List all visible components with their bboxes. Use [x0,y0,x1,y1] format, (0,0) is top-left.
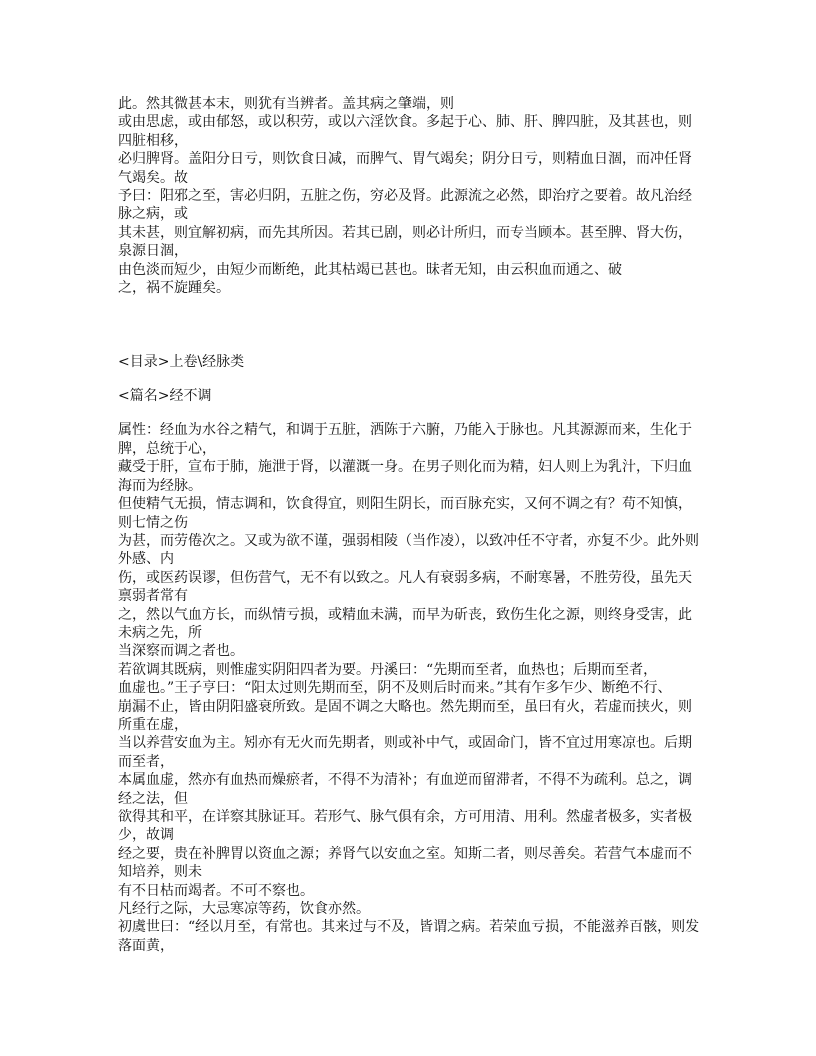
text-line: 落面黄， [118,937,702,955]
document-page: 此。然其微甚本末，则犹有当辨者。盖其病之肇端，则 或由思虑，或由郁怒，或以积劳，… [118,95,702,955]
text-line: 脉之病，或 [118,205,702,223]
text-line: 外感、内 [118,550,702,568]
text-line: 当深察而调之者也。 [118,642,702,660]
text-line: 经之要，贵在补脾胃以资血之源；养肾气以安血之室。知斯二者，则尽善矣。若营气本虚而… [118,845,702,863]
paragraph-origin-of-disease: 此。然其微甚本末，则犹有当辨者。盖其病之肇端，则 或由思虑，或由郁怒，或以积劳，… [118,95,702,297]
text-line: 由色淡而短少，由短少而断绝，此其枯竭已甚也。昧者无知，由云积血而通之、破 [118,261,702,279]
spacer [118,405,702,421]
text-line: 海而为经脉。 [118,477,702,495]
text-line: 予曰：阳邪之至，害必归阴，五脏之伤，穷必及肾。此源流之必然，即治疗之要着。故凡治… [118,187,702,205]
text-line: 知培养，则未 [118,863,702,881]
text-line: 脾，总统于心， [118,440,702,458]
text-line: 属性：经血为水谷之精气，和调于五脏，洒陈于六腑，乃能入于脉也。凡其源源而来，生化… [118,421,702,439]
text-line: 凡经行之际，大忌寒凉等药，饮食亦然。 [118,900,702,918]
text-line: 其未甚，则宜解初病，而先其所因。若其已剧，则必计所归，而专当顾本。甚至脾、肾大伤… [118,224,702,242]
paragraph-chapter-body: 属性：经血为水谷之精气，和调于五脏，洒陈于六腑，乃能入于脉也。凡其源源而来，生化… [118,421,702,955]
text-line: 伤，或医药误谬，但伤营气，无不有以致之。凡人有衰弱多病，不耐寒暑，不胜劳役，虽先… [118,569,702,587]
text-line: 血虚也。”王子亨曰：“阳太过则先期而至，阴不及则后时而来。”其有乍多乍少、断绝不… [118,679,702,697]
catalog-heading: <目录>上卷\经脉类 [118,353,702,371]
text-line: 初虞世曰：“经以月至，有常也。其来过与不及，皆谓之病。若荣血亏损，不能滋养百骸，… [118,918,702,936]
spacer [118,297,702,353]
text-line: 而至者， [118,753,702,771]
text-line: 气竭矣。故 [118,169,702,187]
text-line: 之，祸不旋踵矣。 [118,279,702,297]
text-line: 崩漏不止，皆由阴阳盛衰所致。是固不调之大略也。然先期而至，虽曰有火，若虚而挟火，… [118,698,702,716]
text-line: 此。然其微甚本末，则犹有当辨者。盖其病之肇端，则 [118,95,702,113]
text-line: 藏受于肝，宣布于肺，施泄于肾，以灌溉一身。在男子则化而为精，妇人则上为乳汁，下归… [118,458,702,476]
text-line: 必归脾肾。盖阳分日亏，则饮食日减，而脾气、胃气竭矣；阴分日亏，则精血日涸，而冲任… [118,150,702,168]
spacer [118,371,702,387]
text-line: 四脏相移， [118,132,702,150]
text-line: 所重在虚， [118,716,702,734]
text-line: 未病之先，所 [118,624,702,642]
text-line: 若欲调其既病，则惟虚实阴阳四者为要。丹溪曰：“先期而至者，血热也；后期而至者， [118,661,702,679]
text-line: 之，然以气血方长，而纵情亏损，或精血未满，而早为斫丧，致伤生化之源，则终身受害，… [118,606,702,624]
text-line: 当以养营安血为主。矧亦有无火而先期者，则或补中气，或固命门，皆不宜过用寒凉也。后… [118,734,702,752]
text-line: 少，故调 [118,826,702,844]
text-line: 欲得其和平，在详察其脉证耳。若形气、脉气俱有余，方可用清、用利。然虚者极多，实者… [118,808,702,826]
text-line: 禀弱者常有 [118,587,702,605]
text-line: 但使精气无损，情志调和，饮食得宜，则阳生阴长，而百脉充实，又何不调之有？苟不知慎… [118,495,702,513]
text-line: 有不日枯而竭者。不可不察也。 [118,882,702,900]
chapter-title: <篇名>经不调 [118,387,702,405]
text-line: 或由思虑，或由郁怒，或以积劳，或以六淫饮食。多起于心、肺、肝、脾四脏，及其甚也，… [118,113,702,131]
text-line: 则七情之伤 [118,514,702,532]
text-line: 经之法，但 [118,790,702,808]
text-line: 为甚，而劳倦次之。又或为欲不谨，强弱相陵（当作凌），以致冲任不守者，亦复不少。此… [118,532,702,550]
text-line: 泉源日涸， [118,242,702,260]
text-line: 本属血虚，然亦有血热而燥瘀者，不得不为清补；有血逆而留滞者，不得不为疏利。总之，… [118,771,702,789]
